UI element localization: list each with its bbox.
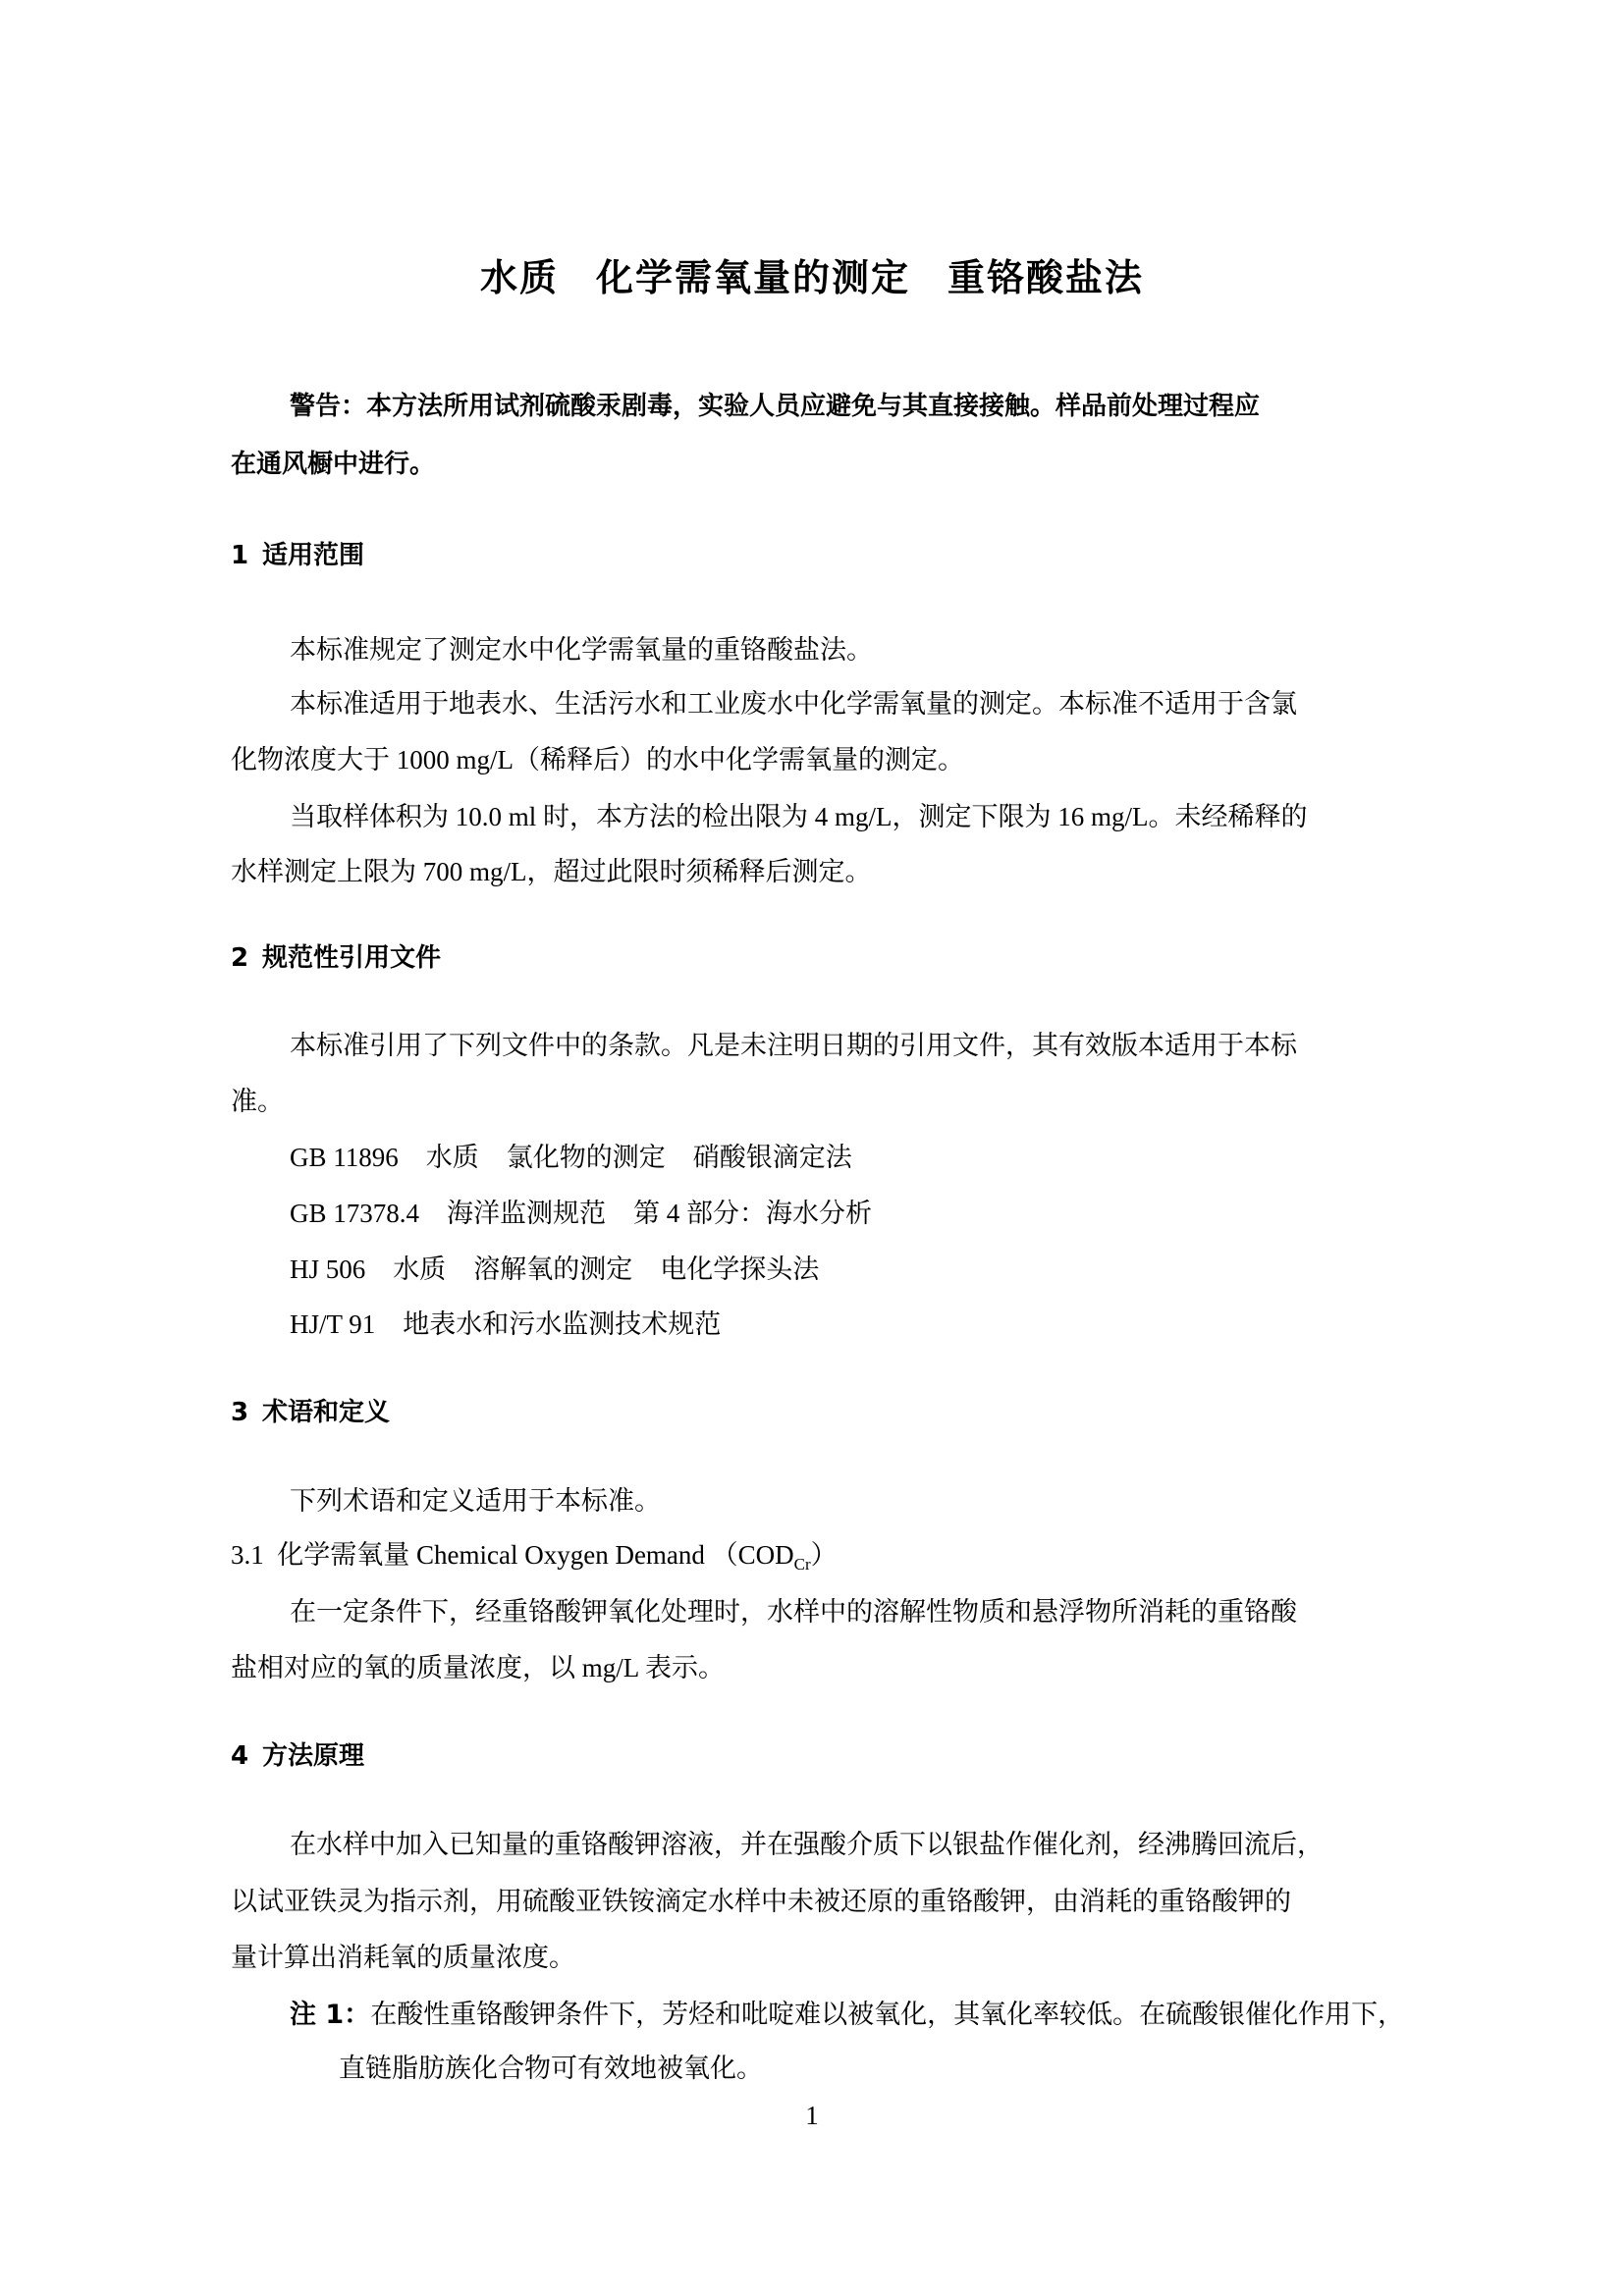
section-number: 4 [231,1741,262,1771]
section-3-heading: 3术语和定义 [231,1392,390,1428]
section-title: 术语和定义 [262,1398,390,1427]
note-label: 注 1： [290,2000,370,2030]
reference-part: 海洋监测规范 [447,1199,606,1228]
note-cont: 直链脂肪族化合物可有效地被氧化。 [339,2047,763,2085]
reference-part: 电化学探头法 [660,1255,819,1284]
reference-part: 硝酸银滴定法 [693,1143,852,1172]
paragraph-cont: 水样测定上限为 700 mg/L，超过此限时须稀释后测定。 [231,850,872,888]
paragraph: 本标准引用了下列文件中的条款。凡是未注明日期的引用文件，其有效版本适用于本标 [290,1024,1297,1062]
paragraph: 当取样体积为 10.0 ml 时，本方法的检出限为 4 mg/L，测定下限为 1… [290,795,1308,833]
reference-part: 第 4 部分：海水分析 [633,1199,872,1228]
section-title: 适用范围 [262,541,364,570]
warning-line-2: 在通风橱中进行。 [231,444,435,480]
term-text: 化学需氧量 Chemical Oxygen Demand （COD [277,1540,793,1570]
paragraph: 下列术语和定义适用于本标准。 [290,1479,661,1518]
reference-item: GB 11896水质氯化物的测定硝酸银滴定法 [290,1136,852,1174]
paragraph: 本标准规定了测定水中化学需氧量的重铬酸盐法。 [290,628,873,667]
reference-item: HJ/T 91地表水和污水监测技术规范 [290,1303,721,1341]
paragraph-cont: 准。 [231,1080,284,1118]
paragraph: 本标准适用于地表水、生活污水和工业废水中化学需氧量的测定。本标准不适用于含氯 [290,682,1297,721]
reference-part: 地表水和污水监测技术规范 [403,1309,721,1339]
section-title: 方法原理 [262,1741,364,1771]
section-2-heading: 2规范性引用文件 [231,937,441,974]
term-end: ） [811,1540,838,1570]
reference-item: HJ 506水质溶解氧的测定电化学探头法 [290,1248,819,1286]
paragraph-cont: 量计算出消耗氧的质量浓度。 [231,1936,575,1974]
definition-text: 在一定条件下，经重铬酸钾氧化处理时，水样中的溶解性物质和悬浮物所消耗的重铬酸 [290,1590,1297,1629]
definition-number: 3.1 [231,1540,264,1570]
title-part-1: 水质 [480,256,559,299]
paragraph-cont: 化物浓度大于 1000 mg/L（稀释后）的水中化学需氧量的测定。 [231,738,964,776]
document-title: 水质化学需氧量的测定重铬酸盐法 [0,247,1624,301]
title-part-2: 化学需氧量的测定 [596,256,910,299]
section-number: 1 [231,541,262,570]
document-page: 水质化学需氧量的测定重铬酸盐法 警告：本方法所用试剂硫酸汞剧毒，实验人员应避免与… [0,0,1624,2296]
reference-part: 氯化物的测定 [507,1143,666,1172]
paragraph-cont: 以试亚铁灵为指示剂，用硫酸亚铁铵滴定水样中未被还原的重铬酸钾，由消耗的重铬酸钾的 [231,1880,1291,1918]
note-text: 在酸性重铬酸钾条件下，芳烃和吡啶难以被氧化，其氧化率较低。在硫酸银催化作用下， [370,2000,1404,2029]
note: 注 1：在酸性重铬酸钾条件下，芳烃和吡啶难以被氧化，其氧化率较低。在硫酸银催化作… [290,1993,1404,2031]
definition-text-cont: 盐相对应的氧的质量浓度，以 mg/L 表示。 [231,1646,725,1684]
term-subscript: Cr [794,1555,811,1574]
reference-part: 水质 [426,1143,479,1172]
reference-part: 水质 [393,1255,446,1284]
section-title: 规范性引用文件 [262,943,441,973]
section-number: 2 [231,943,262,973]
reference-code: GB 17378.4 [290,1199,419,1228]
title-part-3: 重铬酸盐法 [947,256,1144,299]
warning-line-1: 警告：本方法所用试剂硫酸汞剧毒，实验人员应避免与其直接接触。样品前处理过程应 [290,386,1260,422]
section-number: 3 [231,1398,262,1427]
definition-term: 3.1 化学需氧量 Chemical Oxygen Demand （CODCr） [231,1533,838,1575]
reference-item: GB 17378.4海洋监测规范第 4 部分：海水分析 [290,1192,872,1230]
reference-part: 溶解氧的测定 [473,1255,632,1284]
page-number: 1 [0,2101,1624,2131]
section-4-heading: 4方法原理 [231,1735,364,1772]
reference-code: HJ/T 91 [290,1309,375,1339]
reference-code: GB 11896 [290,1143,399,1172]
reference-code: HJ 506 [290,1255,365,1284]
section-1-heading: 1适用范围 [231,535,364,571]
paragraph: 在水样中加入已知量的重铬酸钾溶液，并在强酸介质下以银盐作催化剂，经沸腾回流后， [290,1823,1324,1861]
